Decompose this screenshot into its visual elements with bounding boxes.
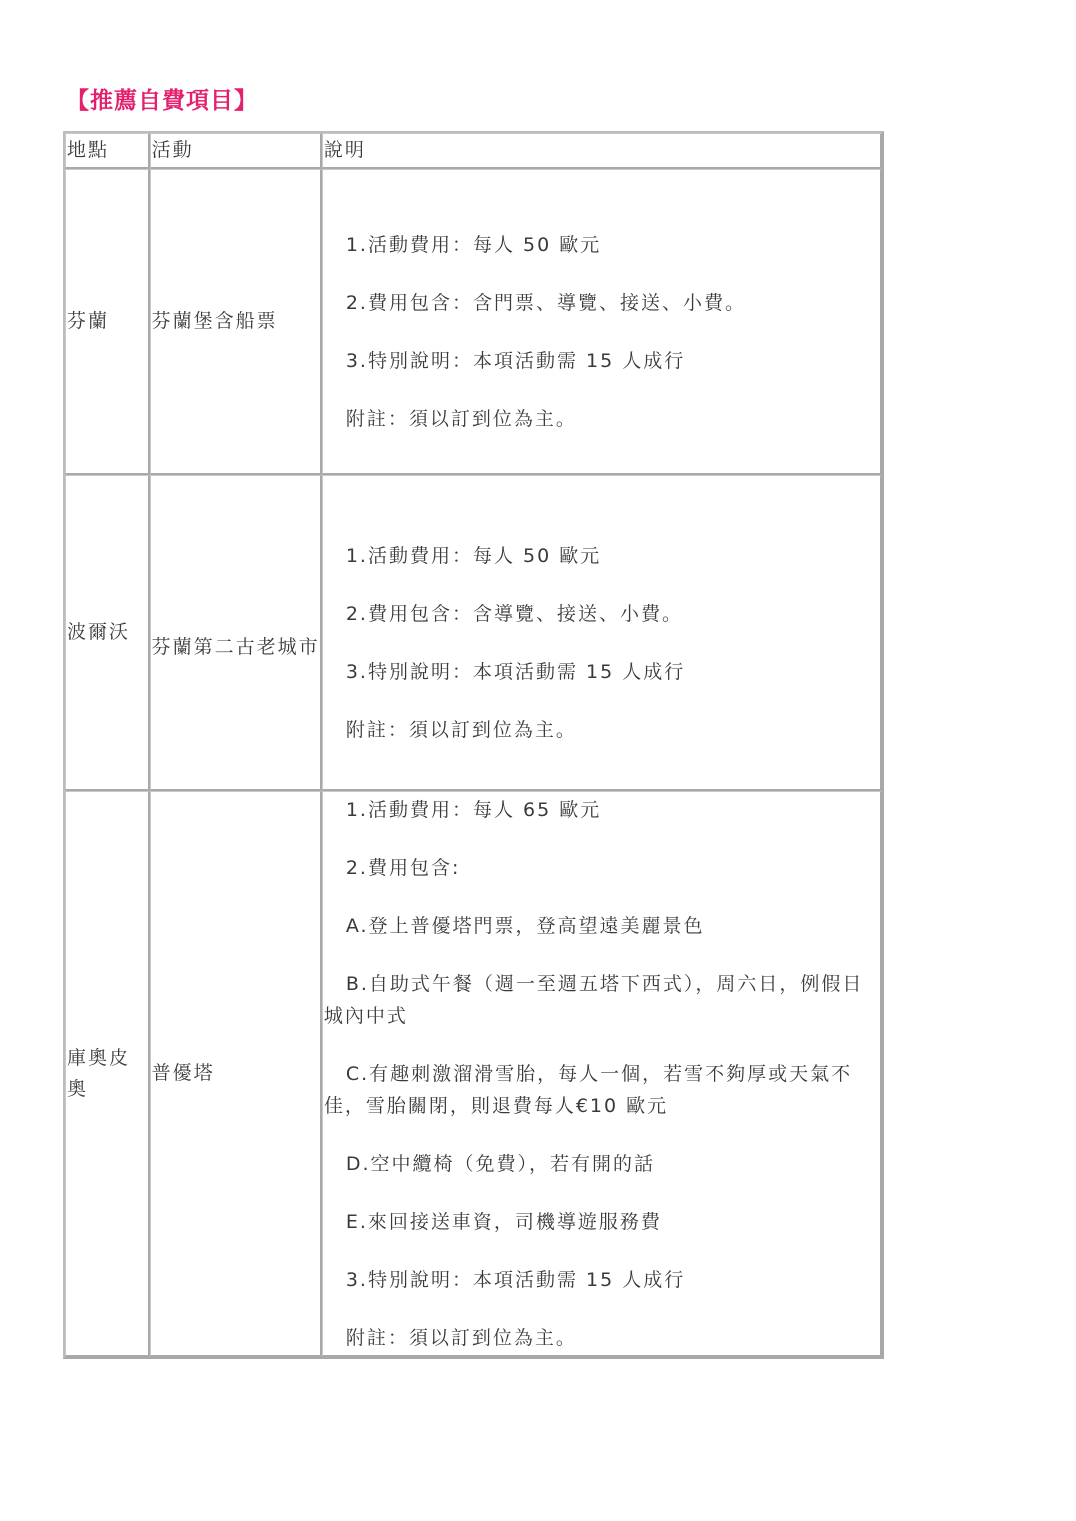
optional-tours-table: 地點 活動 說明 芬蘭 芬蘭堡含船票 1.活動費用：每人 50 歐元 2.費用包…	[63, 131, 884, 1359]
description-item-d: D.空中纜椅（免費），若有開的話	[324, 1148, 880, 1180]
cell-location: 庫奧皮奧	[65, 791, 150, 1357]
description-line: 1.活動費用：每人 50 歐元	[324, 229, 880, 261]
cell-location: 波爾沃	[65, 475, 150, 791]
description-item-a: A.登上普優塔門票，登高望遠美麗景色	[324, 910, 880, 942]
cell-activity: 芬蘭堡含船票	[150, 169, 322, 475]
cell-location: 芬蘭	[65, 169, 150, 475]
description-line: 2.費用包含：含門票、導覽、接送、小費。	[324, 287, 880, 319]
header-description: 說明	[322, 133, 882, 169]
header-location: 地點	[65, 133, 150, 169]
cell-description: 1.活動費用：每人 50 歐元 2.費用包含：含導覽、接送、小費。 3.特別說明…	[322, 475, 882, 791]
description-line: 2.費用包含：含導覽、接送、小費。	[324, 598, 880, 630]
cell-activity: 芬蘭第二古老城市	[150, 475, 322, 791]
description-line: 3.特別說明：本項活動需 15 人成行	[324, 345, 880, 377]
description-line: 3.特別說明：本項活動需 15 人成行	[324, 1264, 880, 1296]
description-line: 1.活動費用：每人 65 歐元	[324, 794, 880, 826]
table-row: 波爾沃 芬蘭第二古老城市 1.活動費用：每人 50 歐元 2.費用包含：含導覽、…	[65, 475, 882, 791]
cell-description: 1.活動費用：每人 65 歐元 2.費用包含: A.登上普優塔門票，登高望遠美麗…	[322, 791, 882, 1357]
table-row: 庫奧皮奧 普優塔 1.活動費用：每人 65 歐元 2.費用包含: A.登上普優塔…	[65, 791, 882, 1357]
cell-activity: 普優塔	[150, 791, 322, 1357]
description-note: 附註：須以訂到位為主。	[324, 1322, 880, 1354]
description-line: 1.活動費用：每人 50 歐元	[324, 540, 880, 572]
header-activity: 活動	[150, 133, 322, 169]
section-title: 【推薦自費項目】	[66, 82, 258, 115]
description-item-e: E.來回接送車資，司機導遊服務費	[324, 1206, 880, 1238]
description-line: 3.特別說明：本項活動需 15 人成行	[324, 656, 880, 688]
description-note: 附註：須以訂到位為主。	[324, 714, 880, 746]
description-item-b: B.自助式午餐（週一至週五塔下西式），周六日，例假日城內中式	[324, 968, 880, 1032]
description-item-c: C.有趣刺激溜滑雪胎，每人一個，若雪不夠厚或天氣不佳，雪胎關閉，則退費每人€10…	[324, 1058, 880, 1122]
description-note: 附註：須以訂到位為主。	[324, 403, 880, 435]
description-line: 2.費用包含:	[324, 852, 880, 884]
cell-description: 1.活動費用：每人 50 歐元 2.費用包含：含門票、導覽、接送、小費。 3.特…	[322, 169, 882, 475]
table-row: 芬蘭 芬蘭堡含船票 1.活動費用：每人 50 歐元 2.費用包含：含門票、導覽、…	[65, 169, 882, 475]
table-header-row: 地點 活動 說明	[65, 133, 882, 169]
